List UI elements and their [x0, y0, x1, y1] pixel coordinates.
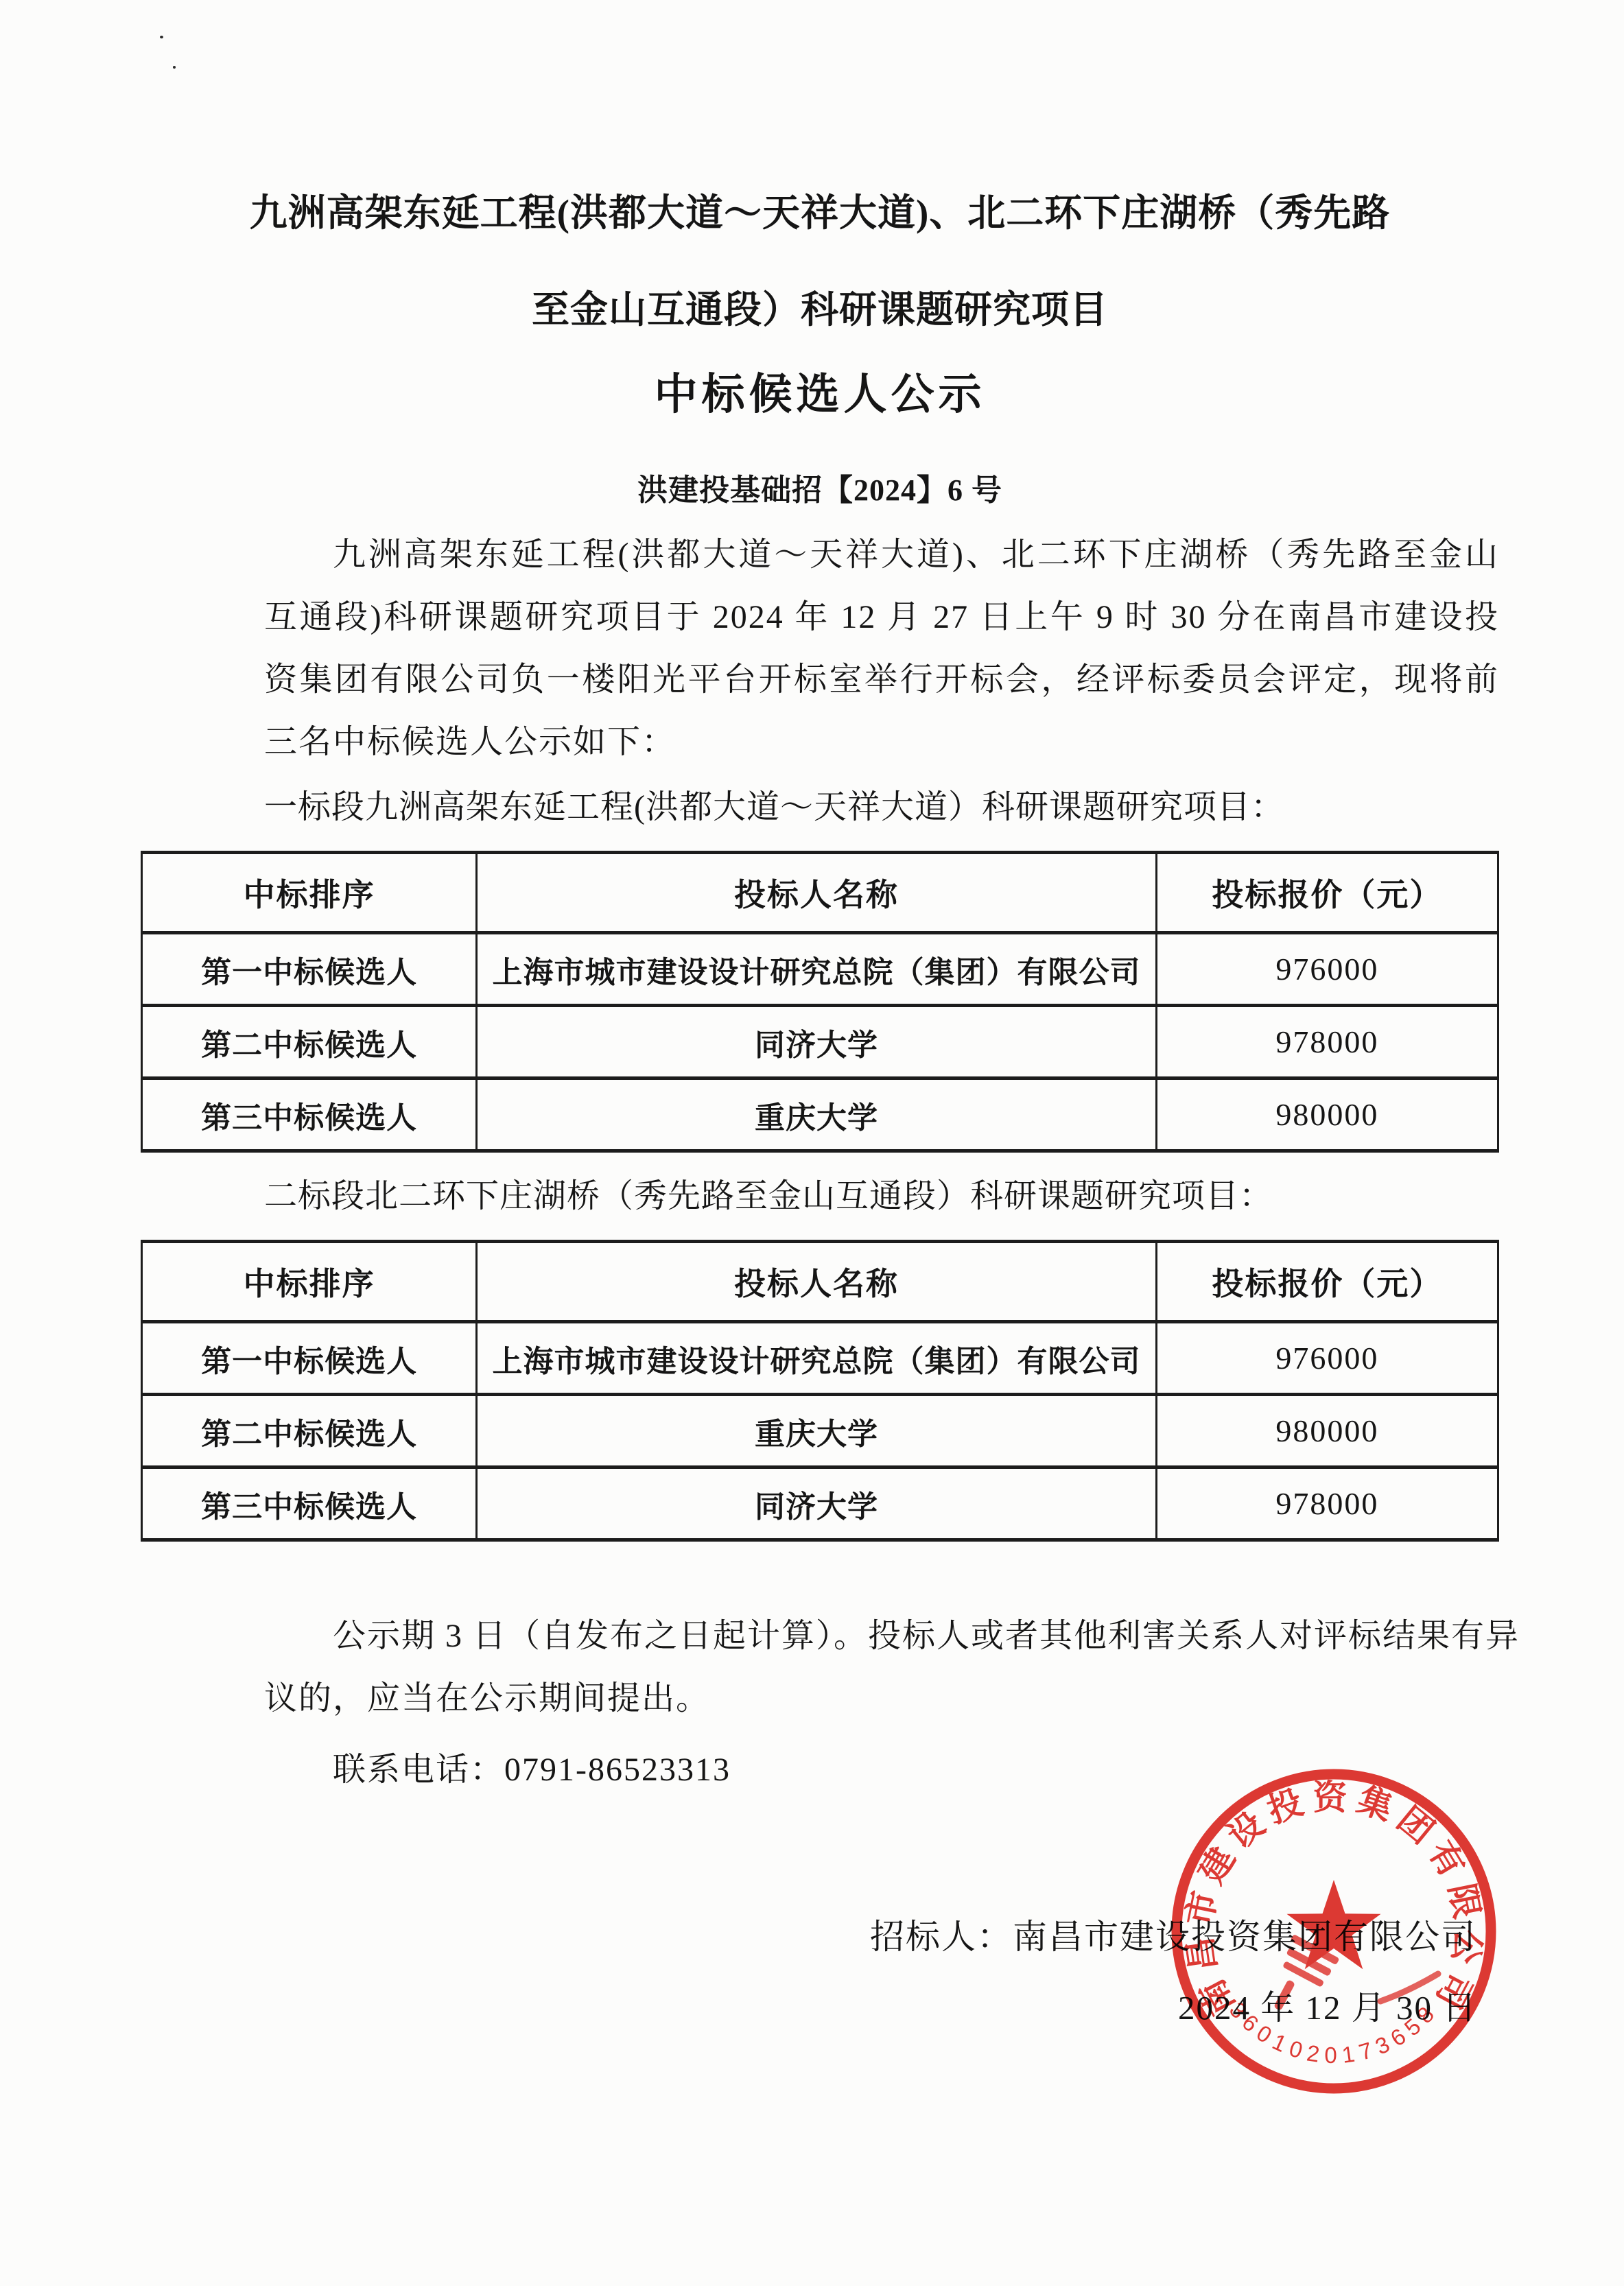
- price-cell: 976000: [1156, 933, 1498, 1006]
- document-title-line2: 至金山互通段）科研课题研究项目: [141, 261, 1499, 358]
- document-number: 洪建投基础招【2024】6 号: [141, 470, 1499, 511]
- bidder-cell: 重庆大学: [477, 1079, 1156, 1151]
- bid-table-section1: 中标排序 投标人名称 投标报价（元） 第一中标候选人 上海市城市建设设计研究总院…: [141, 851, 1499, 1153]
- price-cell: 978000: [1156, 1006, 1498, 1079]
- rank-cell: 第一中标候选人: [142, 933, 477, 1006]
- paragraph-line: 三名中标候选人公示如下：: [264, 711, 1499, 773]
- rank-cell: 第三中标候选人: [142, 1079, 477, 1151]
- table-row: 第三中标候选人 重庆大学 980000: [142, 1079, 1498, 1151]
- header-rank: 中标排序: [142, 1242, 477, 1322]
- table-row: 第三中标候选人 同济大学 978000: [142, 1468, 1498, 1540]
- bidder-cell: 上海市城市建设设计研究总院（集团）有限公司: [477, 1322, 1156, 1395]
- paragraph-line: 资集团有限公司负一楼阳光平台开标室举行开标会，经评标委员会评定，现将前: [264, 648, 1499, 711]
- bid-table-section2: 中标排序 投标人名称 投标报价（元） 第一中标候选人 上海市城市建设设计研究总院…: [141, 1240, 1499, 1542]
- header-rank: 中标排序: [142, 853, 477, 933]
- notice-paragraph: 公示期 3 日（自发布之日起计算）。投标人或者其他利害关系人对评标结果有异 议的…: [264, 1605, 1499, 1730]
- paragraph-line: 九洲高架东延工程(洪都大道～天祥大道)、北二环下庄湖桥（秀先路至金山: [264, 523, 1499, 586]
- rank-cell: 第二中标候选人: [142, 1395, 477, 1468]
- document-title-line1: 九洲高架东延工程(洪都大道～天祥大道)、北二环下庄湖桥（秀先路: [141, 165, 1499, 261]
- price-cell: 980000: [1156, 1395, 1498, 1468]
- announcement-page: 九洲高架东延工程(洪都大道～天祥大道)、北二环下庄湖桥（秀先路 至金山互通段）科…: [0, 0, 1624, 2286]
- announcement-heading: 中标候选人公示: [141, 367, 1499, 422]
- document-body: 九洲高架东延工程(洪都大道～天祥大道)、北二环下庄湖桥（秀先路 至金山互通段）科…: [141, 0, 1499, 1801]
- header-bidder: 投标人名称: [477, 853, 1156, 933]
- bidder-cell: 同济大学: [477, 1468, 1156, 1540]
- bidder-cell: 同济大学: [477, 1006, 1156, 1079]
- bidder-cell: 上海市城市建设设计研究总院（集团）有限公司: [477, 933, 1156, 1006]
- header-price: 投标报价（元）: [1156, 1242, 1498, 1322]
- table-row: 第一中标候选人 上海市城市建设设计研究总院（集团）有限公司 976000: [142, 933, 1498, 1006]
- table-header-row: 中标排序 投标人名称 投标报价（元）: [142, 853, 1498, 933]
- header-price: 投标报价（元）: [1156, 853, 1498, 933]
- notice-line: 公示期 3 日（自发布之日起计算）。投标人或者其他利害关系人对评标结果有异: [264, 1605, 1499, 1667]
- table-row: 第二中标候选人 重庆大学 980000: [142, 1395, 1498, 1468]
- table-row: 第二中标候选人 同济大学 978000: [142, 1006, 1498, 1079]
- paragraph-line: 互通段)科研课题研究项目于 2024 年 12 月 27 日上午 9 时 30 …: [264, 586, 1499, 648]
- rank-cell: 第三中标候选人: [142, 1468, 477, 1540]
- signature-date: 2024 年 12 月 30 日: [1178, 1983, 1477, 2033]
- rank-cell: 第二中标候选人: [142, 1006, 477, 1079]
- notice-line: 议的，应当在公示期间提出。: [264, 1667, 1499, 1730]
- price-cell: 978000: [1156, 1468, 1498, 1540]
- intro-paragraph: 九洲高架东延工程(洪都大道～天祥大道)、北二环下庄湖桥（秀先路至金山 互通段)科…: [264, 523, 1499, 773]
- table-header-row: 中标排序 投标人名称 投标报价（元）: [142, 1242, 1498, 1322]
- contact-phone: 联系电话：0791-86523313: [333, 1739, 1499, 1801]
- table-row: 第一中标候选人 上海市城市建设设计研究总院（集团）有限公司 976000: [142, 1322, 1498, 1395]
- header-bidder: 投标人名称: [477, 1242, 1156, 1322]
- bidder-cell: 重庆大学: [477, 1395, 1156, 1468]
- tenderer-signature: 招标人：南昌市建设投资集团有限公司: [870, 1912, 1476, 1961]
- document-title: 九洲高架东延工程(洪都大道～天祥大道)、北二环下庄湖桥（秀先路 至金山互通段）科…: [141, 165, 1499, 358]
- price-cell: 980000: [1156, 1079, 1498, 1151]
- rank-cell: 第一中标候选人: [142, 1322, 477, 1395]
- price-cell: 976000: [1156, 1322, 1498, 1395]
- section1-label: 一标段九洲高架东延工程(洪都大道～天祥大道）科研课题研究项目：: [264, 776, 1499, 838]
- section2-label: 二标段北二环下庄湖桥（秀先路至金山互通段）科研课题研究项目：: [264, 1165, 1499, 1227]
